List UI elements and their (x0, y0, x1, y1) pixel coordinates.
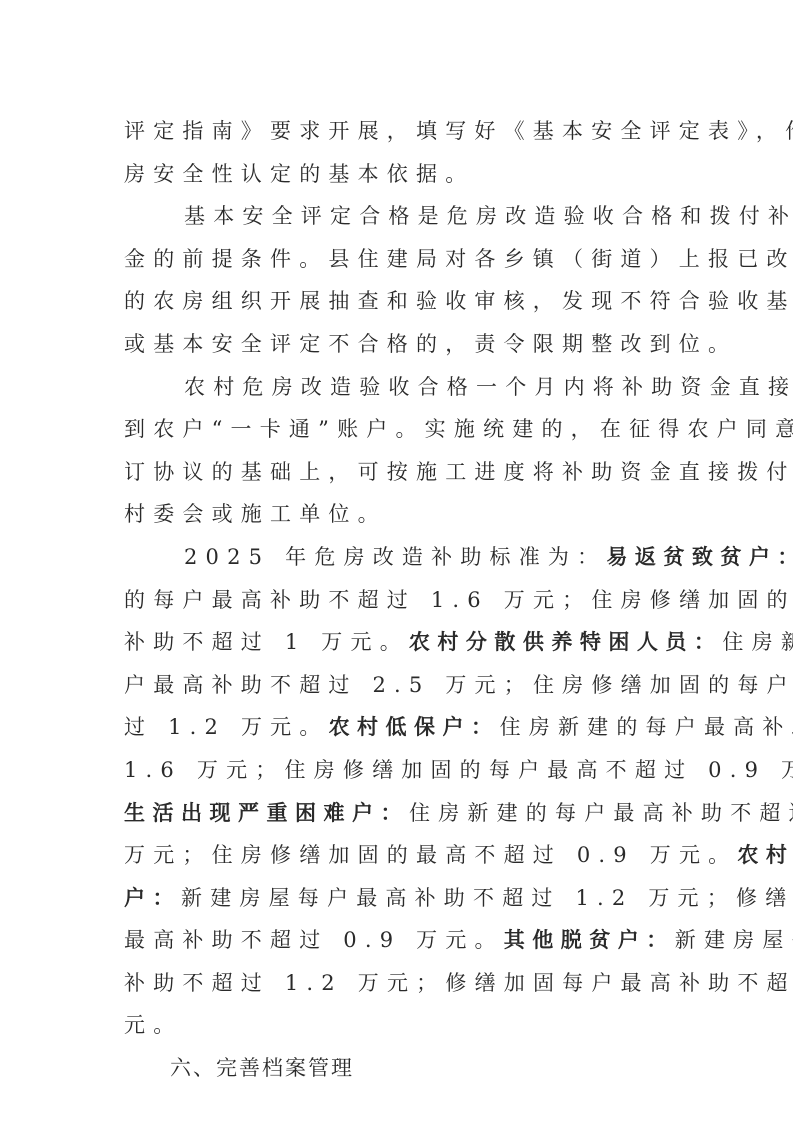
text-run: 最高补助不超过 0.9 万元。 (124, 928, 504, 952)
text-run: 金的前提条件。县住建局对各乡镇（街道）上报已改造完的 (124, 247, 793, 271)
text-run: 住房新建的每户最高补助不超过 1.2 (409, 801, 793, 825)
text-run: 过 1.2 万元。 (124, 715, 329, 739)
paragraph-subsidy-standards: 2025 年危房改造补助标准为：易返贫致贫户：住房新建的每户最高补助不超过 1.… (124, 536, 672, 1047)
section-heading: 六、完善档案管理 (124, 1047, 672, 1090)
paragraph-fund-payment: 农村危房改造验收合格一个月内将补助资金直接拨付到农户“一卡通”账户。实施统建的，… (124, 366, 672, 536)
paragraph-continuation: 评定指南》要求开展，填写好《基本安全评定表》，作为农房安全性认定的基本依据。 (124, 110, 672, 195)
text-line: 补助不超过 1 万元。农村分散供养特困人员：住房新建的每 (124, 621, 672, 664)
text-line: 2025 年危房改造补助标准为：易返贫致贫户：住房新建 (124, 536, 672, 579)
text-run: 1.6 万元；住房修缮加固的每户最高不超过 0.9 万元。 (124, 758, 793, 782)
bold-category-label: 农村分散供养特困人员： (409, 630, 723, 654)
bold-category-label: 农村低保边缘 (737, 843, 793, 867)
text-line: 到农户“一卡通”账户。实施统建的，在征得农户同意并签 (124, 408, 672, 451)
bold-category-label: 易返贫致贫户： (606, 545, 793, 569)
text-line: 的每户最高补助不超过 1.6 万元；住房修缮加固的每户最高 (124, 579, 672, 622)
text-line: 评定指南》要求开展，填写好《基本安全评定表》，作为农 (124, 110, 672, 153)
document-body: 评定指南》要求开展，填写好《基本安全评定表》，作为农房安全性认定的基本依据。基本… (124, 110, 672, 1090)
text-run: 住房新建的每户最高补助不超过 (500, 715, 793, 739)
text-line: 元。 (124, 1004, 672, 1047)
text-line: 金的前提条件。县住建局对各乡镇（街道）上报已改造完的 (124, 238, 672, 281)
text-run: 到农户“一卡通”账户。实施统建的，在征得农户同意并签 (124, 417, 793, 441)
text-run: 村委会或施工单位。 (124, 502, 387, 526)
text-line: 万元；住房修缮加固的最高不超过 0.9 万元。农村低保边缘 (124, 834, 672, 877)
text-run: 的每户最高补助不超过 1.6 万元；住房修缮加固的每户最高 (124, 588, 793, 612)
text-run: 房安全性认定的基本依据。 (124, 162, 474, 186)
text-run: 或基本安全评定不合格的，责令限期整改到位。 (124, 332, 737, 356)
text-line: 户最高补助不超过 2.5 万元；住房修缮加固的每户最高不超 (124, 664, 672, 707)
text-run: 万元；住房修缮加固的最高不超过 0.9 万元。 (124, 843, 737, 867)
text-line: 过 1.2 万元。农村低保户：住房新建的每户最高补助不超过 (124, 706, 672, 749)
document-page: 评定指南》要求开展，填写好《基本安全评定表》，作为农房安全性认定的基本依据。基本… (0, 0, 793, 1121)
text-run: 基本安全评定合格是危房改造验收合格和拨付补助资 (184, 204, 793, 228)
paragraph-safety-assessment: 基本安全评定合格是危房改造验收合格和拨付补助资金的前提条件。县住建局对各乡镇（街… (124, 195, 672, 365)
text-line: 或基本安全评定不合格的，责令限期整改到位。 (124, 323, 672, 366)
text-run: 补助不超过 1.2 万元；修缮加固每户最高补助不超过 0.9 万 (124, 971, 793, 995)
text-run: 元。 (124, 1013, 182, 1037)
bold-category-label: 户： (124, 886, 181, 910)
text-line: 补助不超过 1.2 万元；修缮加固每户最高补助不超过 0.9 万 (124, 962, 672, 1005)
text-run: 评定指南》要求开展，填写好《基本安全评定表》，作为农 (124, 119, 793, 143)
text-run: 的农房组织开展抽查和验收审核，发现不符合验收基本要求 (124, 289, 793, 313)
text-line: 订协议的基础上，可按施工进度将补助资金直接拨付乡镇、 (124, 451, 672, 494)
bold-category-label: 农村低保户： (329, 715, 500, 739)
text-line: 农村危房改造验收合格一个月内将补助资金直接拨付 (124, 366, 672, 409)
text-run: 新建房屋每户最高补助不超过 1.2 万元；修缮加固每户 (181, 886, 793, 910)
text-line: 生活出现严重困难户：住房新建的每户最高补助不超过 1.2 (124, 792, 672, 835)
text-line: 1.6 万元；住房修缮加固的每户最高不超过 0.9 万元。基本 (124, 749, 672, 792)
text-run: 2025 年危房改造补助标准为： (184, 545, 606, 569)
bold-category-label: 其他脱贫户： (504, 928, 675, 952)
bold-category-label: 生活出现严重困难户： (124, 801, 409, 825)
text-run: 住房新建的每 (722, 630, 793, 654)
text-run: 新建房屋每户最高 (675, 928, 793, 952)
text-run: 户最高补助不超过 2.5 万元；住房修缮加固的每户最高不超 (124, 673, 793, 697)
text-line: 最高补助不超过 0.9 万元。其他脱贫户：新建房屋每户最高 (124, 919, 672, 962)
text-line: 基本安全评定合格是危房改造验收合格和拨付补助资 (124, 195, 672, 238)
text-line: 户：新建房屋每户最高补助不超过 1.2 万元；修缮加固每户 (124, 877, 672, 920)
text-run: 补助不超过 1 万元。 (124, 630, 409, 654)
text-line: 的农房组织开展抽查和验收审核，发现不符合验收基本要求 (124, 280, 672, 323)
text-run: 农村危房改造验收合格一个月内将补助资金直接拨付 (184, 375, 793, 399)
text-run: 订协议的基础上，可按施工进度将补助资金直接拨付乡镇、 (124, 460, 793, 484)
text-line: 房安全性认定的基本依据。 (124, 153, 672, 196)
text-line: 村委会或施工单位。 (124, 493, 672, 536)
